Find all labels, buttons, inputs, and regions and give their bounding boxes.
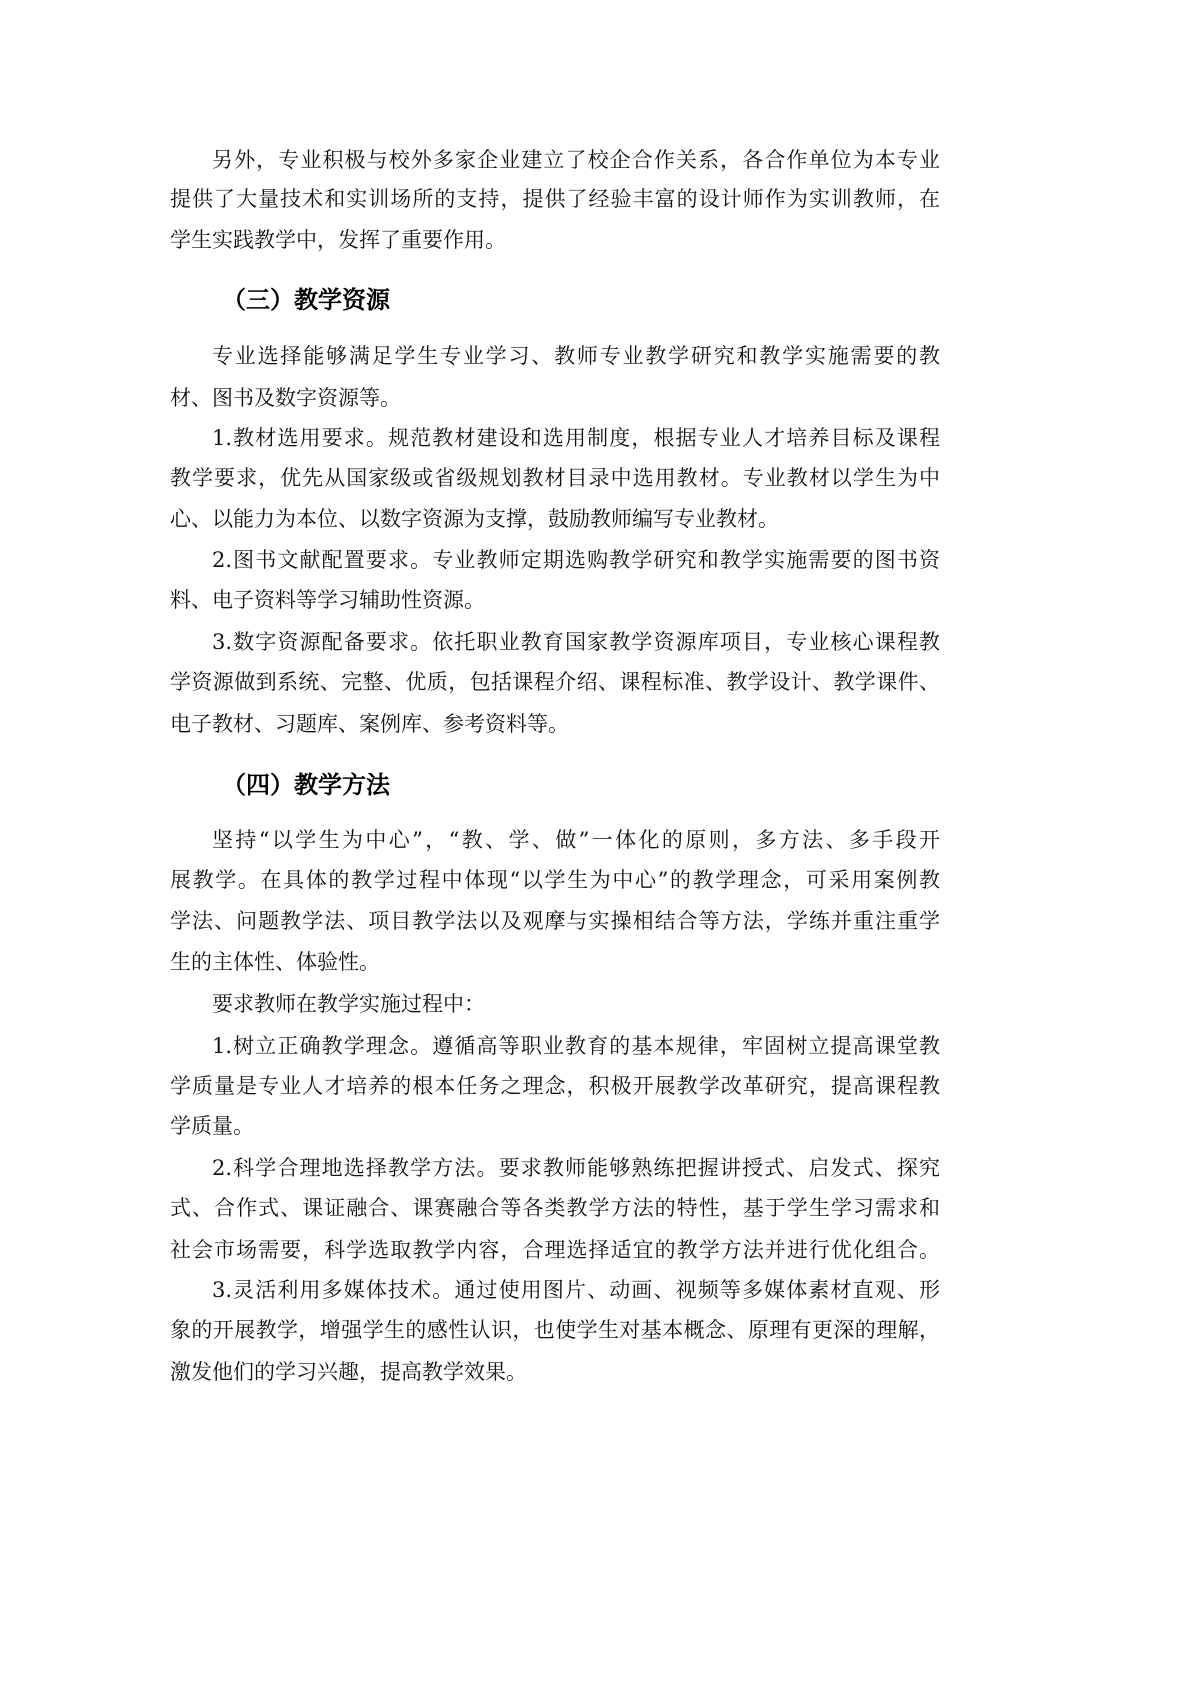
paragraph-digital-line-1: 3.数字资源配备要求。依托职业教育国家教学资源库项目，专业核心课程教 [212, 628, 940, 656]
paragraph-resources-intro-line-1: 专业选择能够满足学生专业学习、教师专业教学研究和教学实施需要的教 [212, 342, 940, 370]
section-heading-teaching-methods: （四）教学方法 [222, 769, 390, 801]
paragraph-partnership-line-1: 另外，专业积极与校外多家企业建立了校企合作关系，各合作单位为本专业 [212, 146, 940, 174]
paragraph-digital-line-3: 电子教材、习题库、案例库、参考资料等。 [170, 710, 940, 738]
paragraph-methods-line-2: 展教学。在具体的教学过程中体现“以学生为中心”的教学理念，可采用案例教 [170, 866, 940, 894]
paragraph-method-selection-line-2: 式、合作式、课证融合、课赛融合等各类教学方法的特性，基于学生学习需求和 [170, 1194, 940, 1222]
paragraph-method-selection-line-1: 2.科学合理地选择教学方法。要求教师能够熟练把握讲授式、启发式、探究 [212, 1154, 940, 1182]
paragraph-multimedia-line-3: 激发他们的学习兴趣，提高教学效果。 [170, 1358, 940, 1386]
paragraph-philosophy-line-1: 1.树立正确教学理念。遵循高等职业教育的基本规律，牢固树立提高课堂教 [212, 1032, 940, 1060]
paragraph-methods-line-4: 生的主体性、体验性。 [170, 948, 940, 976]
paragraph-multimedia-line-1: 3.灵活利用多媒体技术。通过使用图片、动画、视频等多媒体素材直观、形 [212, 1276, 940, 1304]
paragraph-textbook-line-2: 教学要求，优先从国家级或省级规划教材目录中选用教材。专业教材以学生为中 [170, 464, 940, 492]
paragraph-resources-intro-line-2: 材、图书及数字资源等。 [170, 384, 940, 412]
paragraph-library-line-1: 2.图书文献配置要求。专业教师定期选购教学研究和教学实施需要的图书资 [212, 546, 940, 574]
paragraph-multimedia-line-2: 象的开展教学，增强学生的感性认识，也使学生对基本概念、原理有更深的理解， [170, 1316, 940, 1344]
paragraph-textbook-line-1: 1.教材选用要求。规范教材建设和选用制度，根据专业人才培养目标及课程 [212, 424, 940, 452]
paragraph-partnership-line-3: 学生实践教学中，发挥了重要作用。 [170, 226, 940, 254]
document-page: 另外，专业积极与校外多家企业建立了校企合作关系，各合作单位为本专业 提供了大量技… [0, 0, 1191, 1684]
paragraph-methods-line-1: 坚持“以学生为中心”，“教、学、做”一体化的原则，多方法、多手段开 [212, 826, 940, 854]
paragraph-method-selection-line-3: 社会市场需要，科学选取教学内容，合理选择适宜的教学方法并进行优化组合。 [170, 1236, 940, 1264]
paragraph-textbook-line-3: 心、以能力为本位、以数字资源为支撑，鼓励教师编写专业教材。 [170, 505, 940, 533]
paragraph-philosophy-line-3: 学质量。 [170, 1112, 940, 1140]
paragraph-partnership-line-2: 提供了大量技术和实训场所的支持，提供了经验丰富的设计师作为实训教师，在 [170, 185, 940, 213]
section-heading-teaching-resources: （三）教学资源 [222, 284, 390, 316]
paragraph-philosophy-line-2: 学质量是专业人才培养的根本任务之理念，积极开展教学改革研究，提高课程教 [170, 1072, 940, 1100]
paragraph-methods-line-3: 学法、问题教学法、项目教学法以及观摩与实操相结合等方法，学练并重注重学 [170, 907, 940, 935]
paragraph-digital-line-2: 学资源做到系统、完整、优质，包括课程介绍、课程标准、教学设计、教学课件、 [170, 668, 940, 696]
paragraph-library-line-2: 料、电子资料等学习辅助性资源。 [170, 586, 940, 614]
paragraph-requirements-intro: 要求教师在教学实施过程中： [212, 990, 940, 1018]
